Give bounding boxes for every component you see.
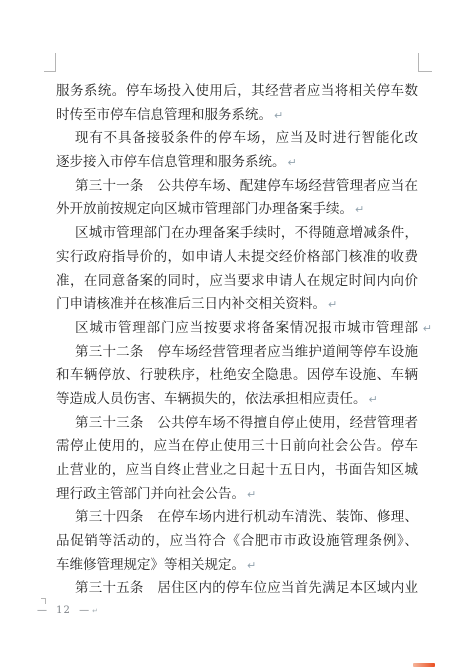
text-line: 逐步接入市停车信息管理和服务系统。↵ xyxy=(56,151,418,175)
text-line: 第三十一条 公共停车场、配建停车场经营管理者应当在对 xyxy=(56,175,418,199)
text-line: 区城市管理部门应当按要求将备案情况报市城市管理部门。↵ xyxy=(56,317,418,341)
paragraph-mark-icon: ↵ xyxy=(245,488,256,501)
crop-mark-top-right-vertical xyxy=(418,53,419,72)
text-line: 区城市管理部门在办理备案手续时，不得随意增减条件，对 xyxy=(56,222,418,246)
text-line-content: 第三十四条 在停车场内进行机动车清洗、装饰、修理、商 xyxy=(56,506,418,530)
paragraph-mark-icon: ↵ xyxy=(421,317,432,341)
paragraph-mark-icon: ↵ xyxy=(353,203,364,216)
text-line-content: 区城市管理部门应当按要求将备案情况报市城市管理部门。 xyxy=(56,317,418,341)
text-line: 准，在同意备案的同时，应当要求申请人在规定时间内向价格部 xyxy=(56,270,418,294)
text-line-content: 外开放前按规定向区城市管理部门办理备案手续。↵ xyxy=(56,198,418,222)
text-line: 服务系统。停车场投入使用后，其经营者应当将相关停车数据及 xyxy=(56,80,418,104)
text-line-content: 区城市管理部门在办理备案手续时，不得随意增减条件，对 xyxy=(56,222,418,246)
text-line-content: 理行政主管部门并向社会公告。↵ xyxy=(56,483,418,507)
paragraph-mark-icon: ↵ xyxy=(286,156,297,169)
text-line-content: 实行政府指导价的，如申请人未提交经价格部门核准的收费标 xyxy=(56,246,418,270)
paragraph-mark-icon: ↵ xyxy=(272,109,283,122)
text-line: 和车辆停放、行驶秩序，杜绝安全隐患。因停车设施、车辆停放 xyxy=(56,364,418,388)
text-line: 止营业的，应当自终止营业之日起十五日内，书面告知区城市管 xyxy=(56,459,418,483)
text-line: 外开放前按规定向区城市管理部门办理备案手续。↵ xyxy=(56,198,418,222)
text-line: 需停止使用的，应当在停止使用三十日前向社会公告。停车场终 xyxy=(56,435,418,459)
crop-mark-top-right-horizontal xyxy=(419,71,432,72)
paragraph-mark-icon: ↵ xyxy=(90,607,99,615)
document-page: 服务系统。停车场投入使用后，其经营者应当将相关停车数据及时传至市停车信息管理和服… xyxy=(0,0,476,667)
text-line: 车维修管理规定》等相关规定。↵ xyxy=(56,554,418,578)
crop-mark-top-left-horizontal xyxy=(44,71,56,72)
text-line: 第三十五条 居住区内的停车位应当首先满足本区域内业 xyxy=(56,577,418,601)
page-number: — 12 — xyxy=(37,605,90,616)
text-line-content: 止营业的，应当自终止营业之日起十五日内，书面告知区城市管 xyxy=(56,459,418,483)
text-line-content: 第三十三条 公共停车场不得擅自停止使用，经营管理者确 xyxy=(56,412,418,436)
text-line: 品促销等活动的，应当符合《合肥市市政设施管理条例》、《机动 xyxy=(56,530,418,554)
text-line-content: 时传至市停车信息管理和服务系统。↵ xyxy=(56,104,418,128)
red-marker-fragment xyxy=(413,663,435,667)
paragraph-mark-icon: ↵ xyxy=(367,393,378,406)
text-line-content: 逐步接入市停车信息管理和服务系统。↵ xyxy=(56,151,418,175)
text-line-content: 准，在同意备案的同时，应当要求申请人在规定时间内向价格部 xyxy=(56,270,418,294)
text-line: 第三十二条 停车场经营管理者应当维护道闸等停车设施 xyxy=(56,341,418,365)
text-block: 服务系统。停车场投入使用后，其经营者应当将相关停车数据及时传至市停车信息管理和服… xyxy=(56,80,418,601)
crop-mark-top-left-vertical xyxy=(55,53,56,72)
text-line: 门申请核准并在核准后三日内补交相关资料。↵ xyxy=(56,293,418,317)
crop-mark-bottom-left-horizontal xyxy=(41,598,46,599)
text-line: 时传至市停车信息管理和服务系统。↵ xyxy=(56,104,418,128)
text-line-content: 和车辆停放、行驶秩序，杜绝安全隐患。因停车设施、车辆停放 xyxy=(56,364,418,388)
text-line-content: 品促销等活动的，应当符合《合肥市市政设施管理条例》、《机动 xyxy=(56,530,418,554)
text-line-content: 服务系统。停车场投入使用后，其经营者应当将相关停车数据及 xyxy=(56,80,418,104)
text-line: 实行政府指导价的，如申请人未提交经价格部门核准的收费标 xyxy=(56,246,418,270)
text-line-content: 车维修管理规定》等相关规定。↵ xyxy=(56,554,418,578)
text-line-content: 等造成人员伤害、车辆损失的，依法承担相应责任。↵ xyxy=(56,388,418,412)
text-line-content: 第三十五条 居住区内的停车位应当首先满足本区域内业 xyxy=(56,577,418,601)
text-line: 第三十四条 在停车场内进行机动车清洗、装饰、修理、商 xyxy=(56,506,418,530)
paragraph-mark-icon: ↵ xyxy=(326,298,337,311)
text-line: 现有不具备接驳条件的停车场，应当及时进行智能化改造， xyxy=(56,127,418,151)
text-line-content: 需停止使用的，应当在停止使用三十日前向社会公告。停车场终 xyxy=(56,435,418,459)
text-line: 理行政主管部门并向社会公告。↵ xyxy=(56,483,418,507)
page-footer: — 12 —↵ xyxy=(37,605,99,616)
text-line-content: 现有不具备接驳条件的停车场，应当及时进行智能化改造， xyxy=(56,127,418,151)
text-line-content: 第三十一条 公共停车场、配建停车场经营管理者应当在对 xyxy=(56,175,418,199)
text-line: 等造成人员伤害、车辆损失的，依法承担相应责任。↵ xyxy=(56,388,418,412)
paragraph-mark-icon: ↵ xyxy=(245,559,256,572)
text-line-content: 第三十二条 停车场经营管理者应当维护道闸等停车设施 xyxy=(56,341,418,365)
text-line-content: 门申请核准并在核准后三日内补交相关资料。↵ xyxy=(56,293,418,317)
text-line: 第三十三条 公共停车场不得擅自停止使用，经营管理者确 xyxy=(56,412,418,436)
